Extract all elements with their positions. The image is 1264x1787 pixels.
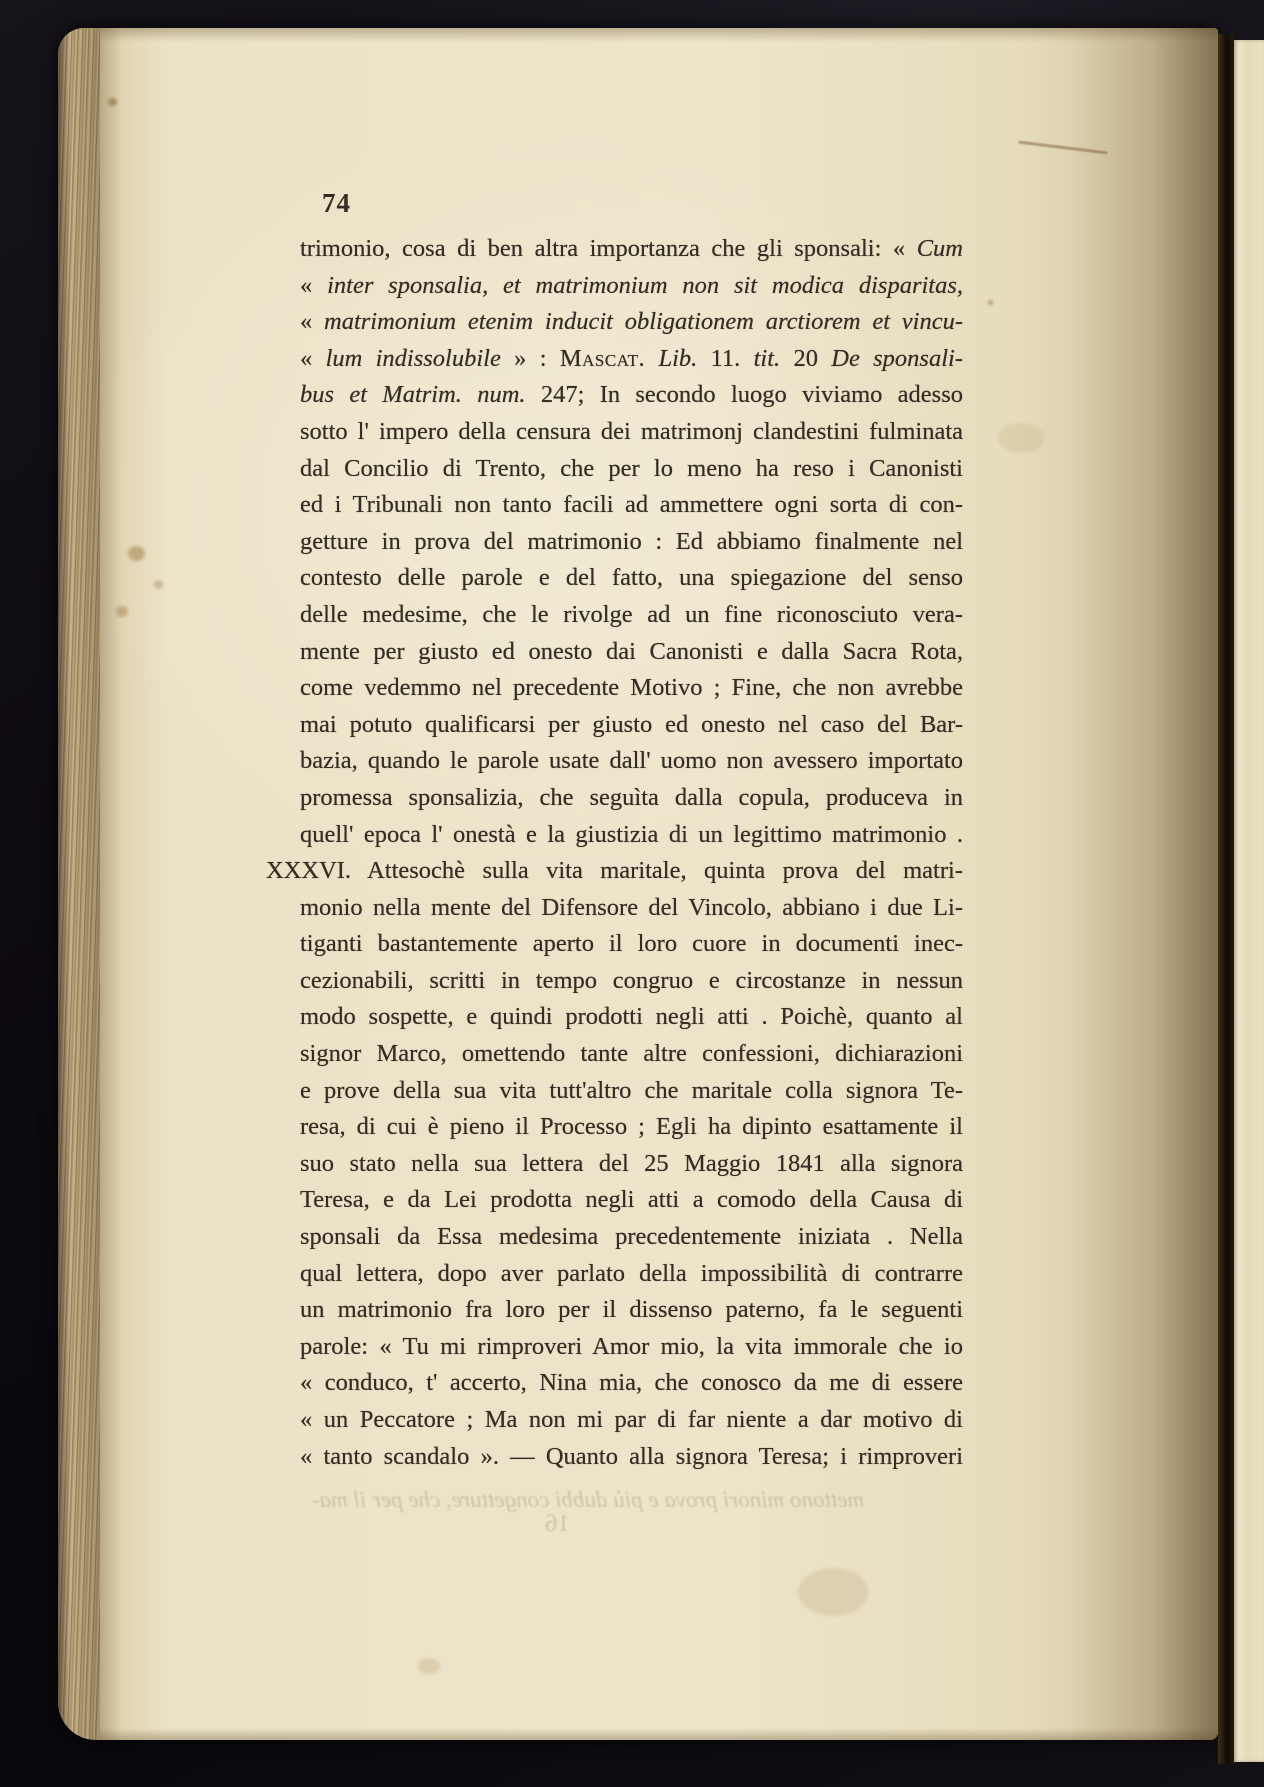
gutter-shadow (1068, 28, 1218, 1740)
text-line: « inter sponsalia, et matrimonium non si… (300, 268, 963, 305)
text-line: signor Marco, omettendo tante altre conf… (300, 1036, 963, 1073)
text-line: quell' epoca l' onestà e la giustizia di… (300, 817, 963, 854)
text-line: trimonio, cosa di ben altra importanza c… (300, 231, 963, 268)
text-line: suo stato nella sua lettera del 25 Maggi… (300, 1146, 963, 1183)
text-line: sponsali da Essa medesima precedentement… (300, 1219, 963, 1256)
facing-page-sliver (1234, 40, 1264, 1762)
text-line: resa, di cui è pieno il Processo ; Egli … (300, 1109, 963, 1146)
text-block: trimonio, cosa di ben altra importanza c… (300, 231, 963, 1475)
bleedthrough-signature-number: 16 (545, 1510, 570, 1538)
text-line: sotto l' impero della censura dei matrim… (300, 414, 963, 451)
text-line: delle medesime, che le rivolge ad un fin… (300, 597, 963, 634)
book-page: 74 trimonio, cosa di ben altra importanz… (58, 28, 1218, 1740)
text-line: Teresa, e da Lei prodotta negli atti a c… (300, 1182, 963, 1219)
page-number: 74 (322, 188, 351, 219)
text-line: mente per giusto ed onesto dai Canonisti… (300, 634, 963, 671)
text-line: bazia, quando le parole usate dall' uomo… (300, 743, 963, 780)
text-line: e prove della sua vita tutt'altro che ma… (300, 1073, 963, 1110)
text-line: « lum indissolubile » : Mascat. Lib. 11.… (300, 341, 963, 378)
text-line: un matrimonio fra loro per il dissenso p… (300, 1292, 963, 1329)
text-line: ed i Tribunali non tanto facili ad ammet… (300, 487, 963, 524)
text-line: dal Concilio di Trento, che per lo meno … (300, 451, 963, 488)
text-line: cezionabili, scritti in tempo congruo e … (300, 963, 963, 1000)
text-line: parole: « Tu mi rimproveri Amor mio, la … (300, 1329, 963, 1366)
left-margin-shadow (100, 28, 122, 1740)
text-line: promessa sponsalizia, che seguìta dalla … (300, 780, 963, 817)
text-line: come vedemmo nel precedente Motivo ; Fin… (300, 670, 963, 707)
text-line: « matrimonium etenim inducit obligatione… (300, 304, 963, 341)
text-line: getture in prova del matrimonio : Ed abb… (300, 524, 963, 561)
text-line: qual lettera, dopo aver parlato della im… (300, 1256, 963, 1293)
text-line: « conduco, t' accerto, Nina mia, che con… (300, 1365, 963, 1402)
text-line: XXXVI. Attesochè sulla vita maritale, qu… (266, 853, 963, 890)
text-line: mai potuto qualificarsi per giusto ed on… (300, 707, 963, 744)
text-line: « tanto scandalo ». — Quanto alla signor… (300, 1439, 963, 1476)
fore-edge-page-stack (58, 28, 100, 1740)
text-line: tiganti bastantemente aperto il loro cuo… (300, 926, 963, 963)
bleedthrough-text: mettono minori prova e più dubbi congett… (228, 1487, 948, 1513)
gutter-crease (1218, 34, 1234, 1764)
text-line: contesto delle parole e del fatto, una s… (300, 560, 963, 597)
text-line: « un Peccatore ; Ma non mi par di far ni… (300, 1402, 963, 1439)
text-line: modo sospette, e quindi prodotti negli a… (300, 999, 963, 1036)
book-scan: { "page": { "number": "74" }, "lines": [… (0, 0, 1264, 1787)
text-line: monio nella mente del Difensore del Vinc… (300, 890, 963, 927)
text-line: bus et Matrim. num. 247; In secondo luog… (300, 377, 963, 414)
